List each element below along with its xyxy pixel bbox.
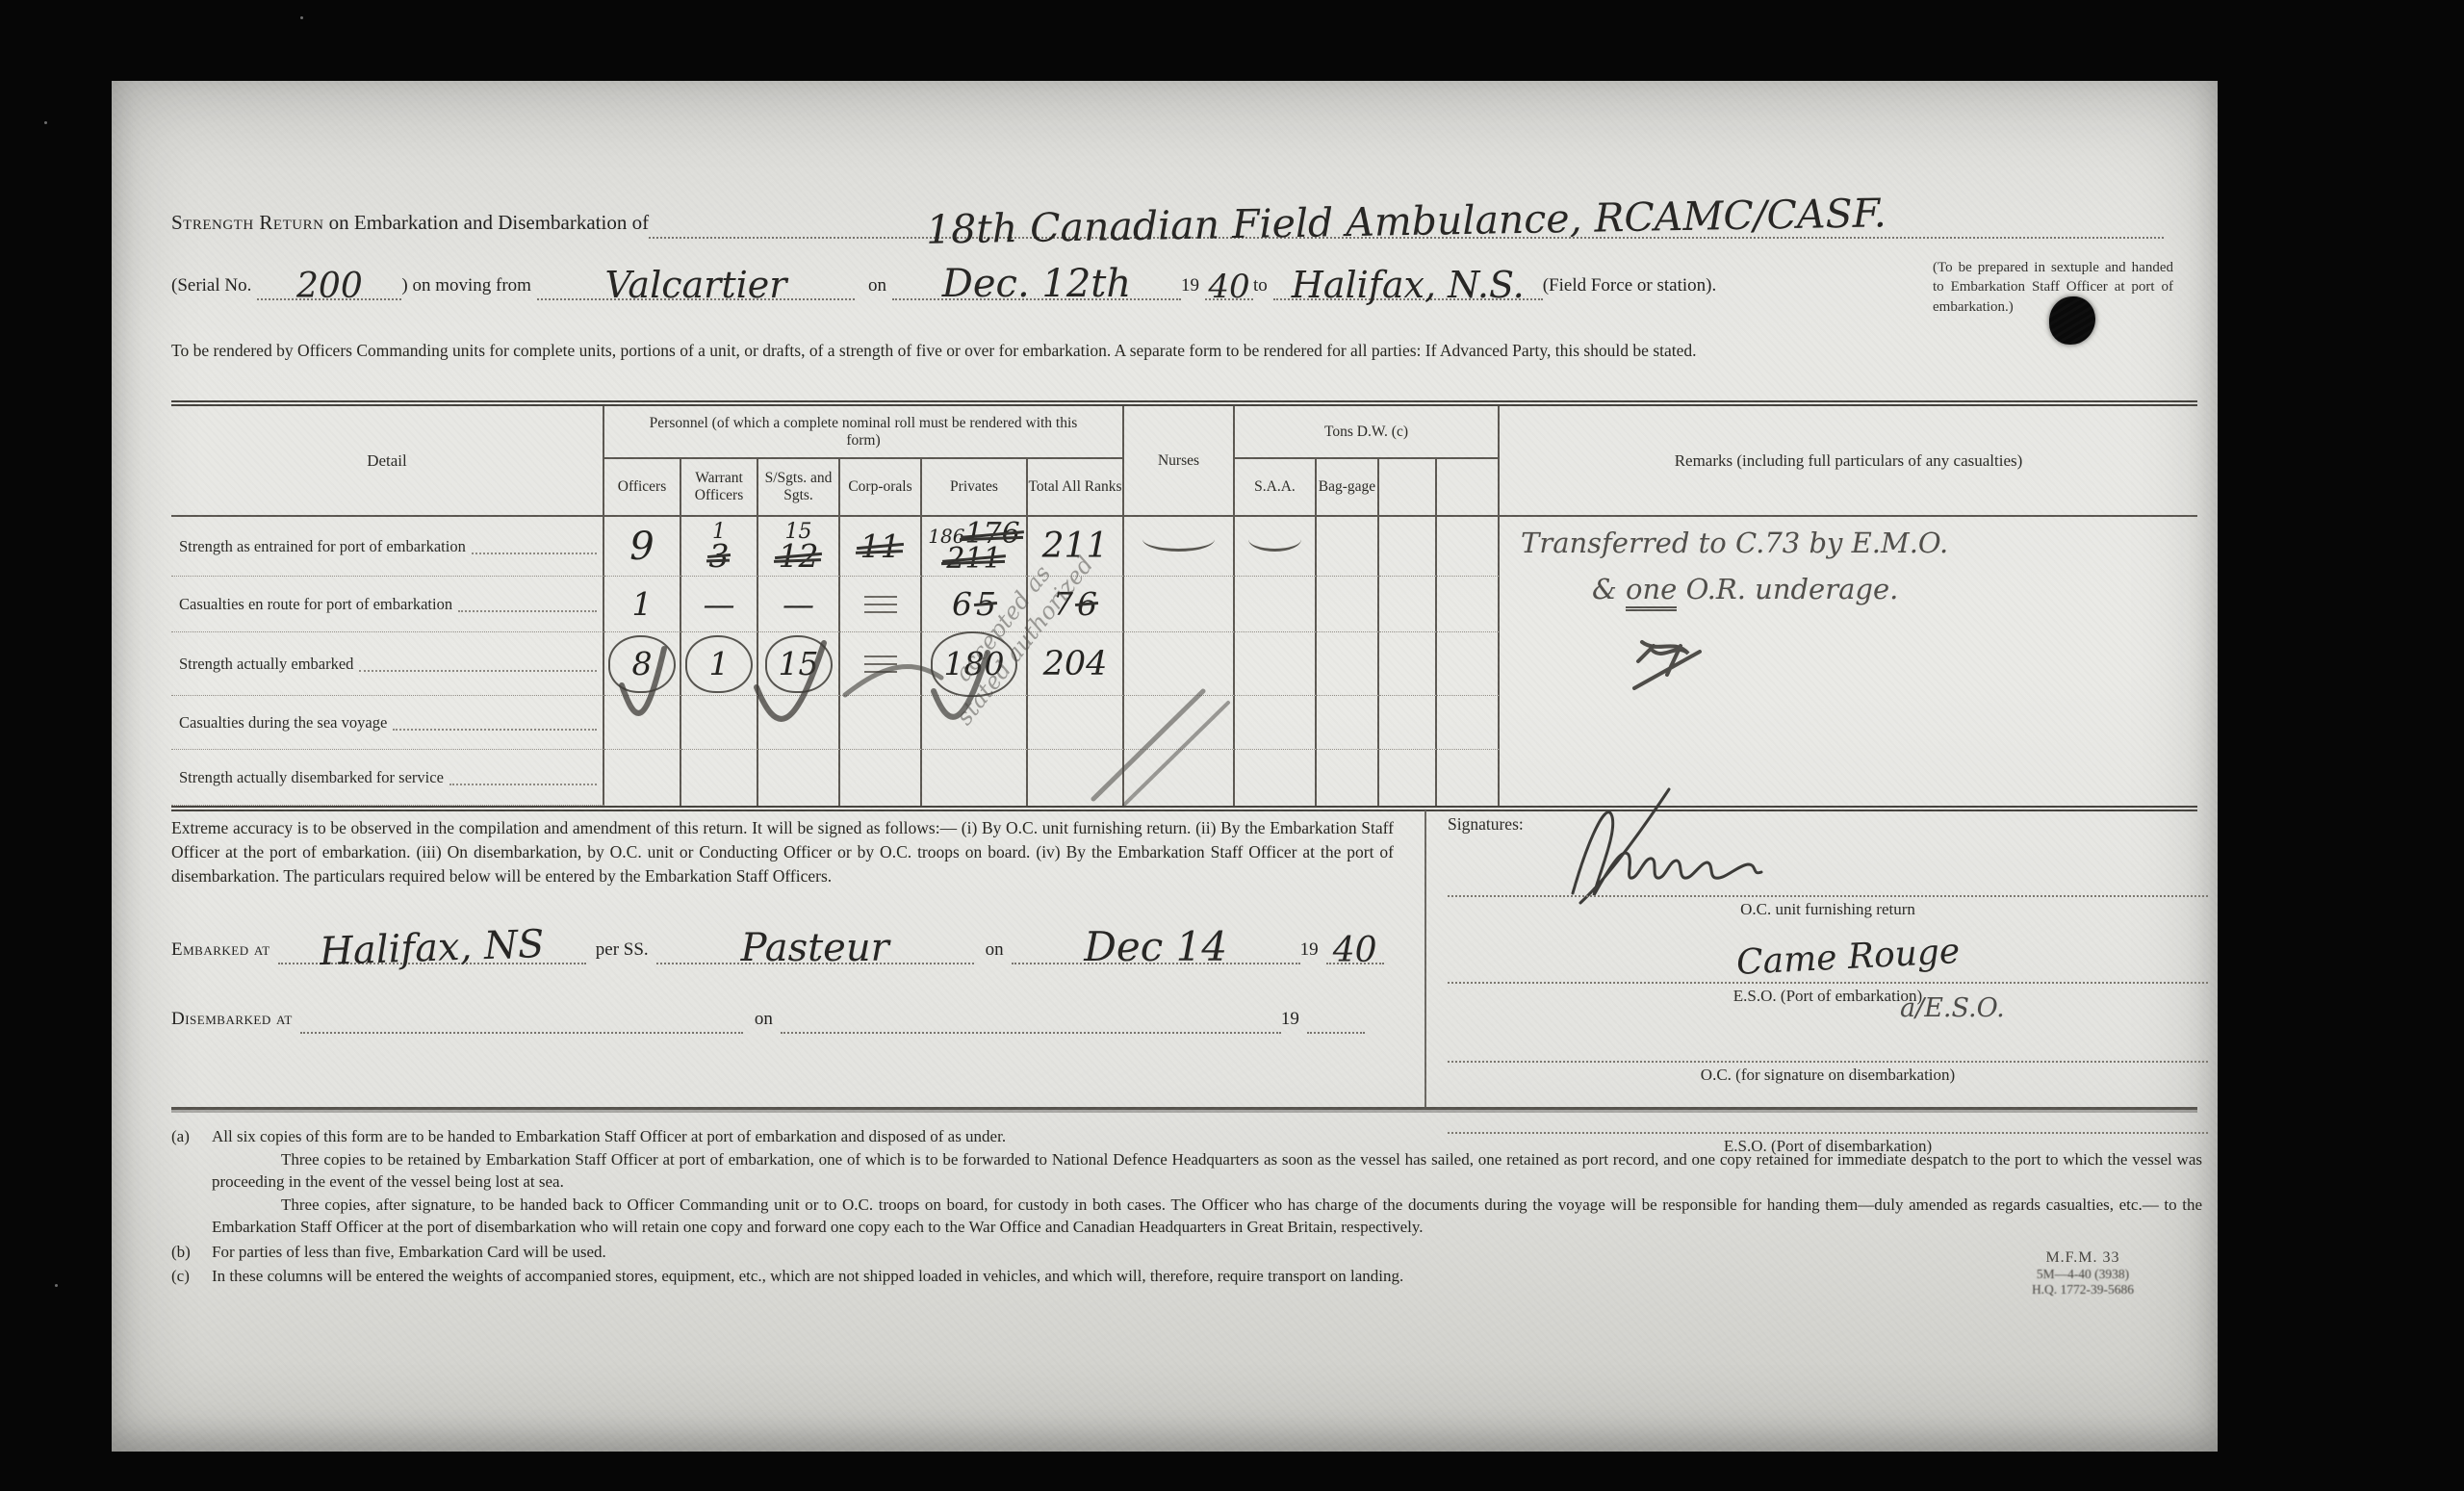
- sgts-header: S/Sgts. and Sgts.: [758, 459, 840, 517]
- empty-cell: [604, 750, 681, 806]
- value-officers-entrained: 9: [604, 517, 681, 577]
- oc-unit-signature-group: O.C. unit furnishing return: [1448, 895, 2208, 919]
- hole-punch: [2049, 296, 2095, 345]
- disembarked-at-field: [300, 1007, 743, 1034]
- row-label: Casualties during the sea voyage: [171, 696, 604, 750]
- empty-cell: [1317, 696, 1379, 750]
- circled-value: 1: [685, 635, 753, 693]
- empty-cell: [1317, 632, 1379, 696]
- note-a-sub1: Three copies to be retained by Embarkati…: [212, 1149, 2202, 1193]
- empty-cell: [1379, 632, 1437, 696]
- remarks-underlined-word: one: [1626, 573, 1677, 611]
- move-year-handwriting: 40: [1208, 268, 1249, 306]
- serial-label: (Serial No.: [171, 275, 257, 300]
- embarked-at-field: Halifax, NS: [278, 932, 586, 964]
- signature-rule: [1448, 895, 2208, 897]
- disembarked-line: Disembarked at on 19: [171, 1007, 1403, 1034]
- section-divider-vertical: [1424, 810, 1426, 1109]
- embark-date-handwriting: Dec 14: [1084, 923, 1227, 970]
- struck-value: 3: [709, 542, 730, 571]
- note-c-marker: (c): [171, 1266, 212, 1287]
- empty-cell: [1235, 696, 1317, 750]
- embarked-line: Embarked at Halifax, NS per SS. Pasteur …: [171, 932, 1403, 964]
- tons-group-header: Tons D.W. (c): [1235, 406, 1500, 459]
- empty-cell: [1317, 750, 1379, 806]
- on-label: on: [855, 275, 892, 300]
- oc-unit-label: O.C. unit furnishing return: [1448, 900, 2208, 919]
- row-label: Casualties en route for port of embarkat…: [171, 577, 604, 632]
- empty-cell: [1235, 632, 1317, 696]
- empty-cell: [681, 750, 758, 806]
- empty-cell: [840, 696, 922, 750]
- note-b-text: For parties of less than five, Embarkati…: [212, 1242, 2202, 1263]
- embark-on-label: on: [974, 939, 1012, 964]
- destination-field: Halifax, N.S.: [1273, 270, 1543, 300]
- form-title: Strength Return on Embarkation and Disem…: [171, 211, 649, 239]
- row-label: Strength actually embarked: [171, 632, 604, 696]
- embarked-at-handwriting: Halifax, NS: [319, 922, 545, 974]
- pencil-scribble: [1625, 629, 1731, 706]
- remarks-rest: O.R. underage.: [1686, 573, 1899, 605]
- remarks-note-line1: Transferred to C.73 by E.M.O.: [1521, 527, 1948, 559]
- signature-rule: [1448, 982, 2208, 984]
- value-warrant-entrained: 13: [681, 517, 758, 577]
- dust-speck: [300, 16, 303, 19]
- nurses-dash-mark: [1124, 517, 1235, 577]
- note-a-text: All six copies of this form are to be ha…: [212, 1126, 2202, 1240]
- form-code-hq: H.Q. 1772-39-5686: [1967, 1282, 2198, 1298]
- note-b: (b) For parties of less than five, Embar…: [171, 1242, 2202, 1263]
- value-warrant-casualties: —: [681, 577, 758, 632]
- embark-year-field: 40: [1326, 932, 1384, 964]
- remarks-note-line2: & one O.R. underage.: [1592, 573, 1898, 605]
- form-codes: M.F.M. 33 5M—4-40 (3938) H.Q. 1772-39-56…: [1967, 1249, 2198, 1298]
- detail-header: Detail: [171, 406, 604, 517]
- ship-handwriting: Pasteur: [741, 926, 889, 970]
- eso-embark-sub-signature: a/E.S.O.: [1900, 993, 2005, 1023]
- corporals-header: Corp-orals: [840, 459, 922, 517]
- empty-cell: [1437, 632, 1500, 696]
- note-a-sub2: Three copies, after signature, to be han…: [212, 1195, 2202, 1238]
- serial-line: (Serial No. 200 ) on moving from Valcart…: [171, 270, 1913, 300]
- saa-header: S.A.A.: [1235, 459, 1317, 517]
- nurses-header: Nurses: [1124, 406, 1235, 517]
- value-corporals-entrained: 11: [840, 517, 922, 577]
- value-officers-embarked: 8: [604, 632, 681, 696]
- eso-embark-label: E.S.O. (Port of embarkation): [1448, 987, 2208, 1006]
- eso-embark-signature: Came Rouge: [1735, 932, 1961, 983]
- value-privates-entrained: 186176 211: [922, 517, 1028, 577]
- empty-cell: [604, 696, 681, 750]
- struck-value: 12: [779, 542, 819, 571]
- signatures-heading: Signatures:: [1448, 814, 2208, 835]
- eso-embark-signature-group: E.S.O. (Port of embarkation): [1448, 982, 2208, 1006]
- empty-cell: [1028, 696, 1124, 750]
- empty-cell: [1028, 750, 1124, 806]
- empty-cell: [1317, 517, 1379, 577]
- disembark-year-field: [1307, 1007, 1365, 1034]
- ditto-mark-corporals: [840, 632, 922, 696]
- unit-name-handwriting: 18th Canadian Field Ambulance, RCAMC/CAS…: [926, 190, 1886, 252]
- circled-value: 8: [608, 635, 676, 693]
- moving-from-handwriting: Valcartier: [604, 264, 786, 306]
- footer-notes: (a) All six copies of this form are to b…: [171, 1126, 2202, 1289]
- empty-cell: [1379, 696, 1437, 750]
- section-divider-horizontal: [171, 1107, 2197, 1110]
- value-sgts-embarked: 15: [758, 632, 840, 696]
- embark-date-field: Dec 14: [1012, 932, 1300, 964]
- empty-cell: [1437, 517, 1500, 577]
- officers-header: Officers: [604, 459, 681, 517]
- empty-cell: [1437, 577, 1500, 632]
- empty-cell: [1235, 577, 1317, 632]
- remarks-header: Remarks (including full particulars of a…: [1500, 406, 2197, 517]
- total-all-ranks-header: Total All Ranks: [1028, 459, 1124, 517]
- disembark-date-field: [781, 1007, 1281, 1034]
- empty-cell: [681, 696, 758, 750]
- empty-cell: [1317, 577, 1379, 632]
- personnel-group-header: Personnel (of which a complete nominal r…: [604, 406, 1124, 459]
- note-c: (c) In these columns will be entered the…: [171, 1266, 1865, 1287]
- corrected-value: 6: [952, 585, 972, 623]
- disembarked-at-label: Disembarked at: [171, 1009, 300, 1034]
- per-ss-label: per SS.: [586, 939, 656, 964]
- value-officers-casualties: 1: [604, 577, 681, 632]
- year-prefix: 19: [1181, 275, 1205, 300]
- destination-handwriting: Halifax, N.S.: [1292, 264, 1525, 306]
- remarks-cell: Transferred to C.73 by E.M.O. & one O.R.…: [1500, 517, 2197, 806]
- moving-from-field: Valcartier: [537, 270, 855, 300]
- tons-blank-col-1: [1379, 459, 1437, 517]
- empty-cell: [758, 696, 840, 750]
- empty-cell: [1124, 577, 1235, 632]
- value-warrant-embarked: 1: [681, 632, 758, 696]
- row-label: Strength as entrained for port of embark…: [171, 517, 604, 577]
- signatures-block: Signatures: O.C. unit furnishing return …: [1448, 814, 2208, 835]
- rendered-note: To be rendered by Officers Commanding un…: [171, 339, 1918, 362]
- privates-header: Privates: [922, 459, 1028, 517]
- empty-cell: [840, 750, 922, 806]
- station-label: (Field Force or station).: [1543, 275, 1722, 300]
- oc-disembark-label: O.C. (for signature on disembarkation): [1448, 1066, 2208, 1085]
- dust-speck: [44, 121, 47, 124]
- note-a: (a) All six copies of this form are to b…: [171, 1126, 2202, 1240]
- note-c-text: In these columns will be entered the wei…: [212, 1266, 1865, 1287]
- move-year-field: 40: [1205, 270, 1253, 300]
- oc-disembark-signature-group: O.C. (for signature on disembarkation): [1448, 1061, 2208, 1085]
- warrant-officers-header: Warrant Officers: [681, 459, 758, 517]
- signature-rule: [1448, 1061, 2208, 1063]
- empty-cell: [1124, 750, 1235, 806]
- struck-value: 211: [946, 547, 1001, 572]
- embark-year-prefix: 19: [1300, 939, 1326, 964]
- dust-speck: [55, 1284, 58, 1287]
- note-a-body: All six copies of this form are to be ha…: [212, 1126, 2202, 1147]
- disembark-year-prefix: 19: [1281, 1009, 1307, 1034]
- ditto-mark-corporals: [840, 577, 922, 632]
- move-date-field: Dec. 12th: [892, 270, 1181, 300]
- strength-table: Detail Personnel (of which a complete no…: [171, 400, 2197, 811]
- disembark-on-label: on: [743, 1009, 781, 1034]
- empty-cell: [1379, 517, 1437, 577]
- tons-blank-col-2: [1437, 459, 1500, 517]
- unit-name-field: 18th Canadian Field Ambulance, RCAMC/CAS…: [649, 204, 2164, 239]
- circled-value: 15: [765, 635, 833, 693]
- scanned-document-photo: Strength Return on Embarkation and Disem…: [0, 0, 2464, 1491]
- serial-field: 200: [257, 270, 401, 300]
- empty-cell: [1379, 577, 1437, 632]
- empty-cell: [1437, 696, 1500, 750]
- note-b-marker: (b): [171, 1242, 212, 1263]
- empty-cell: [1437, 750, 1500, 806]
- value-sgts-entrained: 1512: [758, 517, 840, 577]
- empty-cell: [1235, 750, 1317, 806]
- empty-cell: [922, 750, 1028, 806]
- form-sheet: Strength Return on Embarkation and Disem…: [112, 81, 2218, 1452]
- moving-from-label: ) on moving from: [401, 275, 537, 300]
- form-code-mfm: M.F.M. 33: [1967, 1249, 2198, 1267]
- baggage-header: Bag-gage: [1317, 459, 1379, 517]
- empty-cell: [1124, 632, 1235, 696]
- embarked-at-label: Embarked at: [171, 939, 278, 964]
- saa-dash-mark: [1235, 517, 1317, 577]
- note-a-marker: (a): [171, 1126, 212, 1240]
- serial-handwriting: 200: [296, 267, 363, 306]
- row-label: Strength actually disembarked for servic…: [171, 750, 604, 806]
- empty-cell: [1124, 696, 1235, 750]
- ship-field: Pasteur: [656, 932, 974, 964]
- form-code-print-run: 5M—4-40 (3938): [1967, 1267, 2198, 1282]
- value-total-embarked: 204: [1028, 632, 1124, 696]
- remarks-amp: &: [1592, 573, 1617, 605]
- embark-year-handwriting: 40: [1333, 931, 1377, 970]
- to-label: to: [1253, 275, 1273, 300]
- accuracy-paragraph: Extreme accuracy is to be observed in th…: [171, 816, 1394, 888]
- empty-cell: [1379, 750, 1437, 806]
- value-sgts-casualties: —: [758, 577, 840, 632]
- struck-value: 11: [860, 527, 901, 565]
- empty-cell: [758, 750, 840, 806]
- move-date-handwriting: Dec. 12th: [942, 262, 1131, 306]
- form-title-line: Strength Return on Embarkation and Disem…: [171, 204, 2164, 239]
